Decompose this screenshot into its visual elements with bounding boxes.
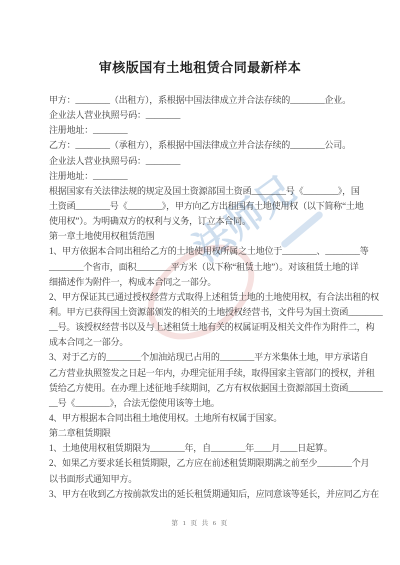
document-line: 4、甲方根据本合同出租土地使用权。土地所有权属于国家。 [49,411,363,426]
document-line: 第二章租赁期限 [49,426,363,441]
document-line: 企业法人营业执照号码：________ [49,154,363,169]
document-line: 赁给乙方使用。在办理上述征地手续期间，乙方有权依据国土资源部国土资函______… [49,381,363,396]
document-body: 甲方：________（出租方），系根据中国法律成立并合法存续的________… [49,93,363,502]
document-line: 3、对于乙方的________个加油站现已占用的________平方米集体土地，… [49,350,363,365]
document-line: 2、如果乙方要求延长租赁期限，乙方应在前述租赁期限期满之前至少________个… [49,456,363,471]
document-line: 2、甲方保证其已通过授权经营方式取得上述租赁土地的土地使用权，有合法出租的权 [49,290,363,305]
document-line: __号《________》，合法无偿使用该等土地。 [49,396,363,411]
document-line: 1、甲方依据本合同出租给乙方的土地使用权所属之土地位于________、____… [49,244,363,259]
page-number: 第 1 页 共 6 页 [0,518,400,527]
document-line: 使用权”）。为明确双方的权利与义务，订立本合同。 [49,214,363,229]
document-line: 根据国家有关法律法规的规定及国土资源部国土资函________号《_______… [49,184,363,199]
document-line: 成本合同之一部分。 [49,335,363,350]
document-line: 注册地址：________ [49,169,363,184]
contract-page: 法师兄 审核版国有土地租赁合同最新样本 甲方：________（出租方），系根据… [0,0,400,565]
document-line: 乙方：________（承租方），系根据中国法律成立并合法存续的________… [49,138,363,153]
document-line: 土资函________号《________》，甲方向乙方出租国有土地使用权（以下… [49,199,363,214]
document-line: 注册地址：________ [49,123,363,138]
document-line: ________个省市，面积________平方米（以下称“租赁土地”）。对该租… [49,260,363,275]
document-line: 1、土地使用权租赁期限为________年，自________年____月___… [49,441,363,456]
document-line: 细描述作为附件一，构成本合同之一部分。 [49,275,363,290]
document-line: 3、甲方在收到乙方按前款发出的延长租赁期通知后，应同意该等延长，并应同乙方在 [49,487,363,502]
document-line: 甲方：________（出租方），系根据中国法律成立并合法存续的________… [49,93,363,108]
document-line: 企业法人营业执照号码：________ [49,108,363,123]
document-line: 以书面形式通知甲方。 [49,472,363,487]
document-line: __号。该授权经营书以及与上述租赁土地有关的权属证明及相关文件作为附件二，构 [49,320,363,335]
document-line: 第一章土地使用权租赁范围 [49,229,363,244]
document-title: 审核版国有土地租赁合同最新样本 [0,57,400,76]
document-line: 乙方营业执照签发之日起一年内，办理完征用手续，取得国家主管部门的授权，并租 [49,366,363,381]
document-line: 利。甲方已获得国土资源部颁发的相关的土地授权经营书，文件号为国土资函______… [49,305,363,320]
